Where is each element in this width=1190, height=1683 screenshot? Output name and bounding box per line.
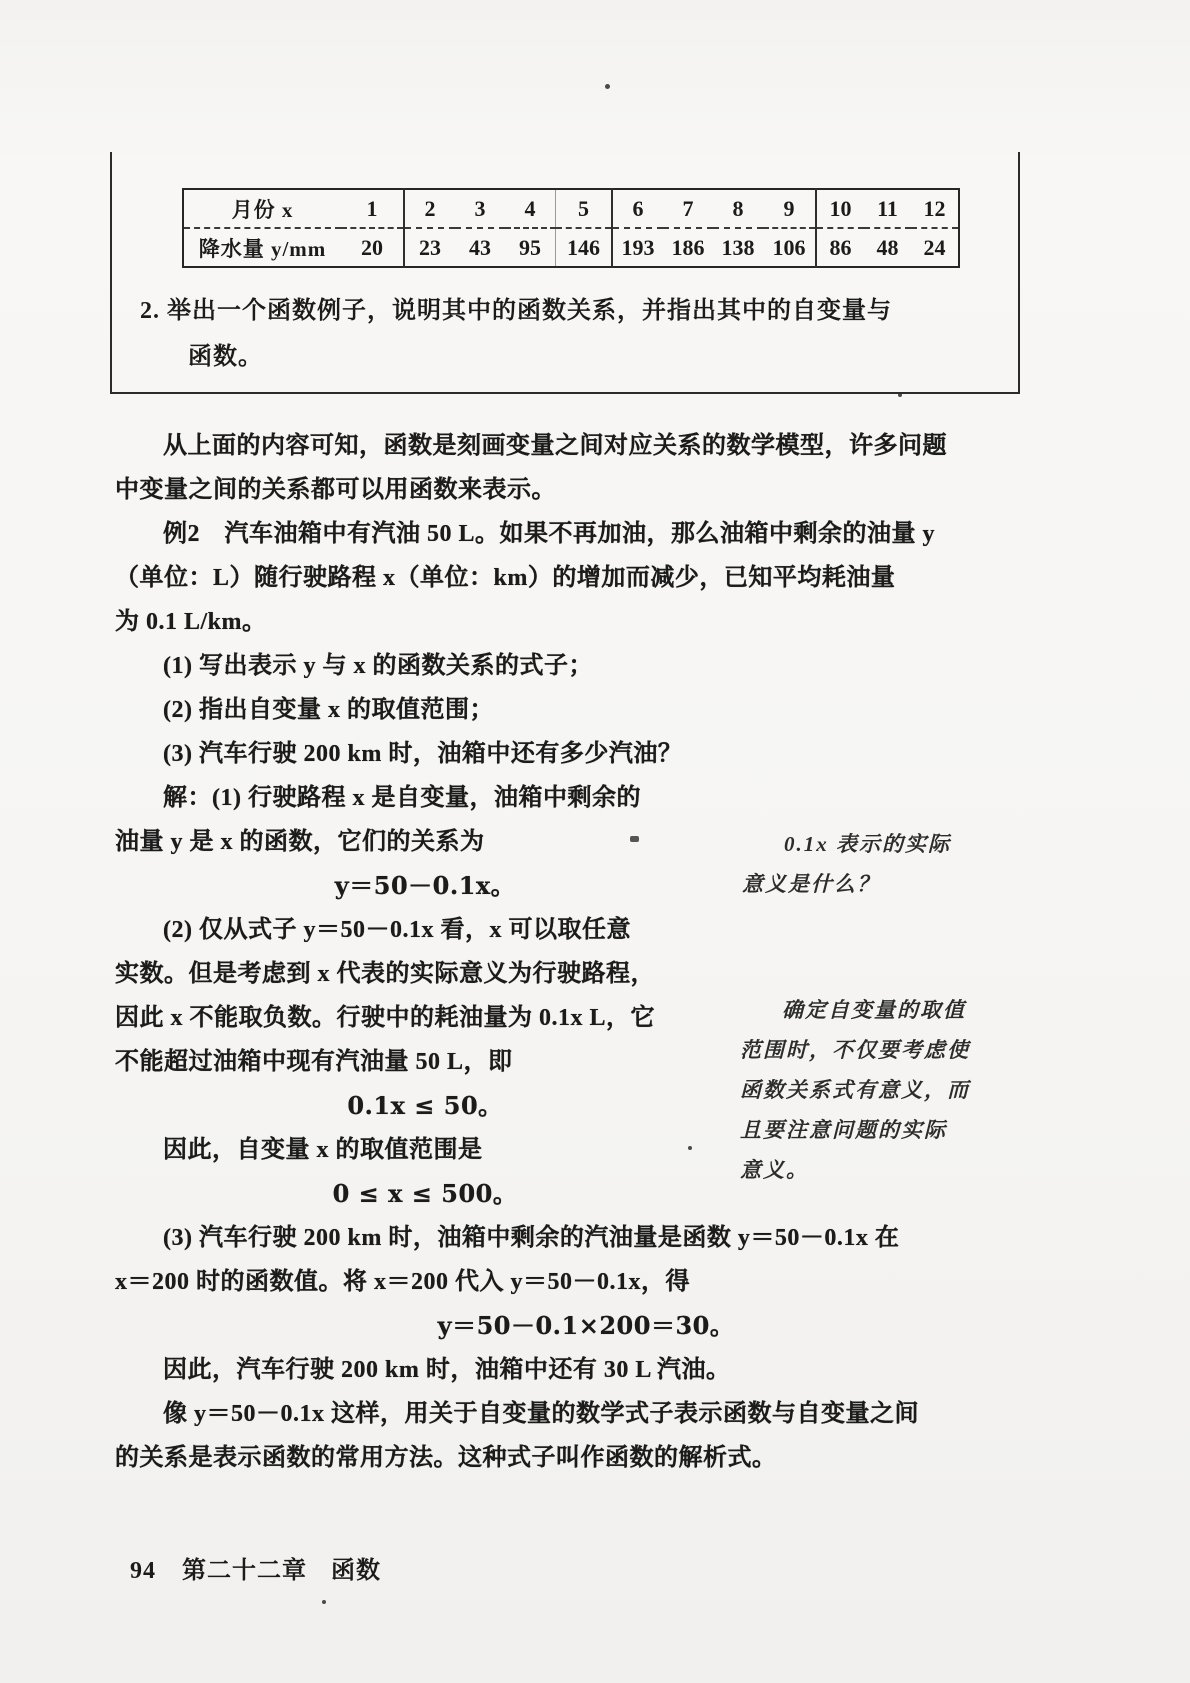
month-cell: 6 [612,189,663,228]
question-3-line: (3) 汽车行驶 200 km 时，油箱中还有多少汽油？ [115,732,967,776]
month-cell: 8 [713,189,763,228]
page-number: 94 [130,1558,156,1584]
question-1-line: (1) 写出表示 y 与 x 的函数关系的式子； [115,644,967,688]
equation-line: 0.1x ≤ 50。 [115,1084,735,1128]
table-row-rainfall: 降水量 y/mm 20 23 43 95 146 193 186 138 106… [183,228,959,267]
month-cell: 11 [864,189,911,228]
rainfall-cell: 106 [763,228,816,267]
rainfall-cell: 138 [713,228,763,267]
month-cell: 7 [663,189,713,228]
scan-artifact [605,84,610,89]
main-text: 从上面的内容可知，函数是刻画变量之间对应关系的数学模型，许多问题 中变量之间的关… [115,424,967,1480]
section-title: 函数 [331,1558,381,1584]
text-line: 从上面的内容可知，函数是刻画变量之间对应关系的数学模型，许多问题 [115,424,967,468]
margin-note-line: 意义是什么？ [742,864,1012,904]
rainfall-cell: 43 [455,228,505,267]
rainfall-cell: 48 [864,228,911,267]
solution-line: (2) 仅从式子 y＝50－0.1x 看，x 可以取任意 [115,908,967,952]
month-cell: 1 [341,189,404,228]
margin-note-question: 0.1x 表示的实际 意义是什么？ [742,824,1012,904]
equation-line: 0 ≤ x ≤ 500。 [115,1172,735,1216]
text-line: 中变量之间的关系都可以用函数来表示。 [115,468,967,512]
rainfall-cell: 24 [911,228,959,267]
margin-note-line: 函数关系式有意义，而 [740,1070,990,1110]
row-label-month: 月份 x [183,189,341,228]
example-2-heading-line: 例2 汽车油箱中有汽油 50 L。如果不再加油，那么油箱中剩余的油量 y [115,512,967,556]
rainfall-cell: 146 [556,228,613,267]
text-line: 为 0.1 L/km。 [115,600,967,644]
equation-line: y＝50－0.1x。 [115,864,735,908]
exercise-item-2-line: 函数。 [112,334,1018,380]
margin-note-line: 范围时，不仅要考虑使 [740,1030,990,1070]
month-cell: 5 [556,189,613,228]
page-footer: 94第二十二章函数 [130,1550,381,1585]
month-cell: 10 [816,189,864,228]
margin-note-line: 且要注意问题的实际 [740,1110,990,1150]
rainfall-cell: 193 [612,228,663,267]
rainfall-table: 月份 x 1 2 3 4 5 6 7 8 9 10 11 12 降水量 y/mm… [182,188,960,268]
month-cell: 3 [455,189,505,228]
scan-artifact [322,1600,326,1604]
month-cell: 12 [911,189,959,228]
exercise-item-2-line: 2. 举出一个函数例子，说明其中的函数关系，并指出其中的自变量与 [112,288,1018,334]
solution-line: (3) 汽车行驶 200 km 时，油箱中剩余的汽油量是函数 y＝50－0.1x… [115,1216,967,1260]
equation-line: y＝50－0.1×200＝30。 [205,1304,967,1348]
margin-note-line: 确定自变量的取值 [740,990,990,1030]
rainfall-cell: 86 [816,228,864,267]
rainfall-cell: 186 [663,228,713,267]
month-cell: 4 [505,189,556,228]
exercise-item-2: 2. 举出一个函数例子，说明其中的函数关系，并指出其中的自变量与 函数。 [112,288,1018,380]
textbook-page: 月份 x 1 2 3 4 5 6 7 8 9 10 11 12 降水量 y/mm… [0,0,1190,1683]
chapter-title: 第二十二章 [182,1558,307,1584]
solution-line: 因此，汽车行驶 200 km 时，油箱中还有 30 L 汽油。 [115,1348,967,1392]
question-2-line: (2) 指出自变量 x 的取值范围； [115,688,967,732]
solution-line: 解：(1) 行驶路程 x 是自变量，油箱中剩余的 [115,776,967,820]
table-row-months: 月份 x 1 2 3 4 5 6 7 8 9 10 11 12 [183,189,959,228]
rainfall-cell: 95 [505,228,556,267]
margin-note-tip: 确定自变量的取值 范围时，不仅要考虑使 函数关系式有意义，而 且要注意问题的实际… [740,990,990,1190]
rainfall-cell: 20 [341,228,404,267]
solution-line: x＝200 时的函数值。将 x＝200 代入 y＝50－0.1x，得 [115,1260,967,1304]
rainfall-cell: 23 [404,228,455,267]
month-cell: 9 [763,189,816,228]
text-line: 像 y＝50－0.1x 这样，用关于自变量的数学式子表示函数与自变量之间 [115,1392,967,1436]
exercise-box: 月份 x 1 2 3 4 5 6 7 8 9 10 11 12 降水量 y/mm… [110,152,1020,394]
month-cell: 2 [404,189,455,228]
margin-note-line: 意义。 [740,1150,990,1190]
text-line: 的关系是表示函数的常用方法。这种式子叫作函数的解析式。 [115,1436,967,1480]
text-line: （单位：L）随行驶路程 x（单位：km）的增加而减少，已知平均耗油量 [115,556,967,600]
row-label-rainfall: 降水量 y/mm [183,228,341,267]
margin-note-line: 0.1x 表示的实际 [742,824,1012,864]
